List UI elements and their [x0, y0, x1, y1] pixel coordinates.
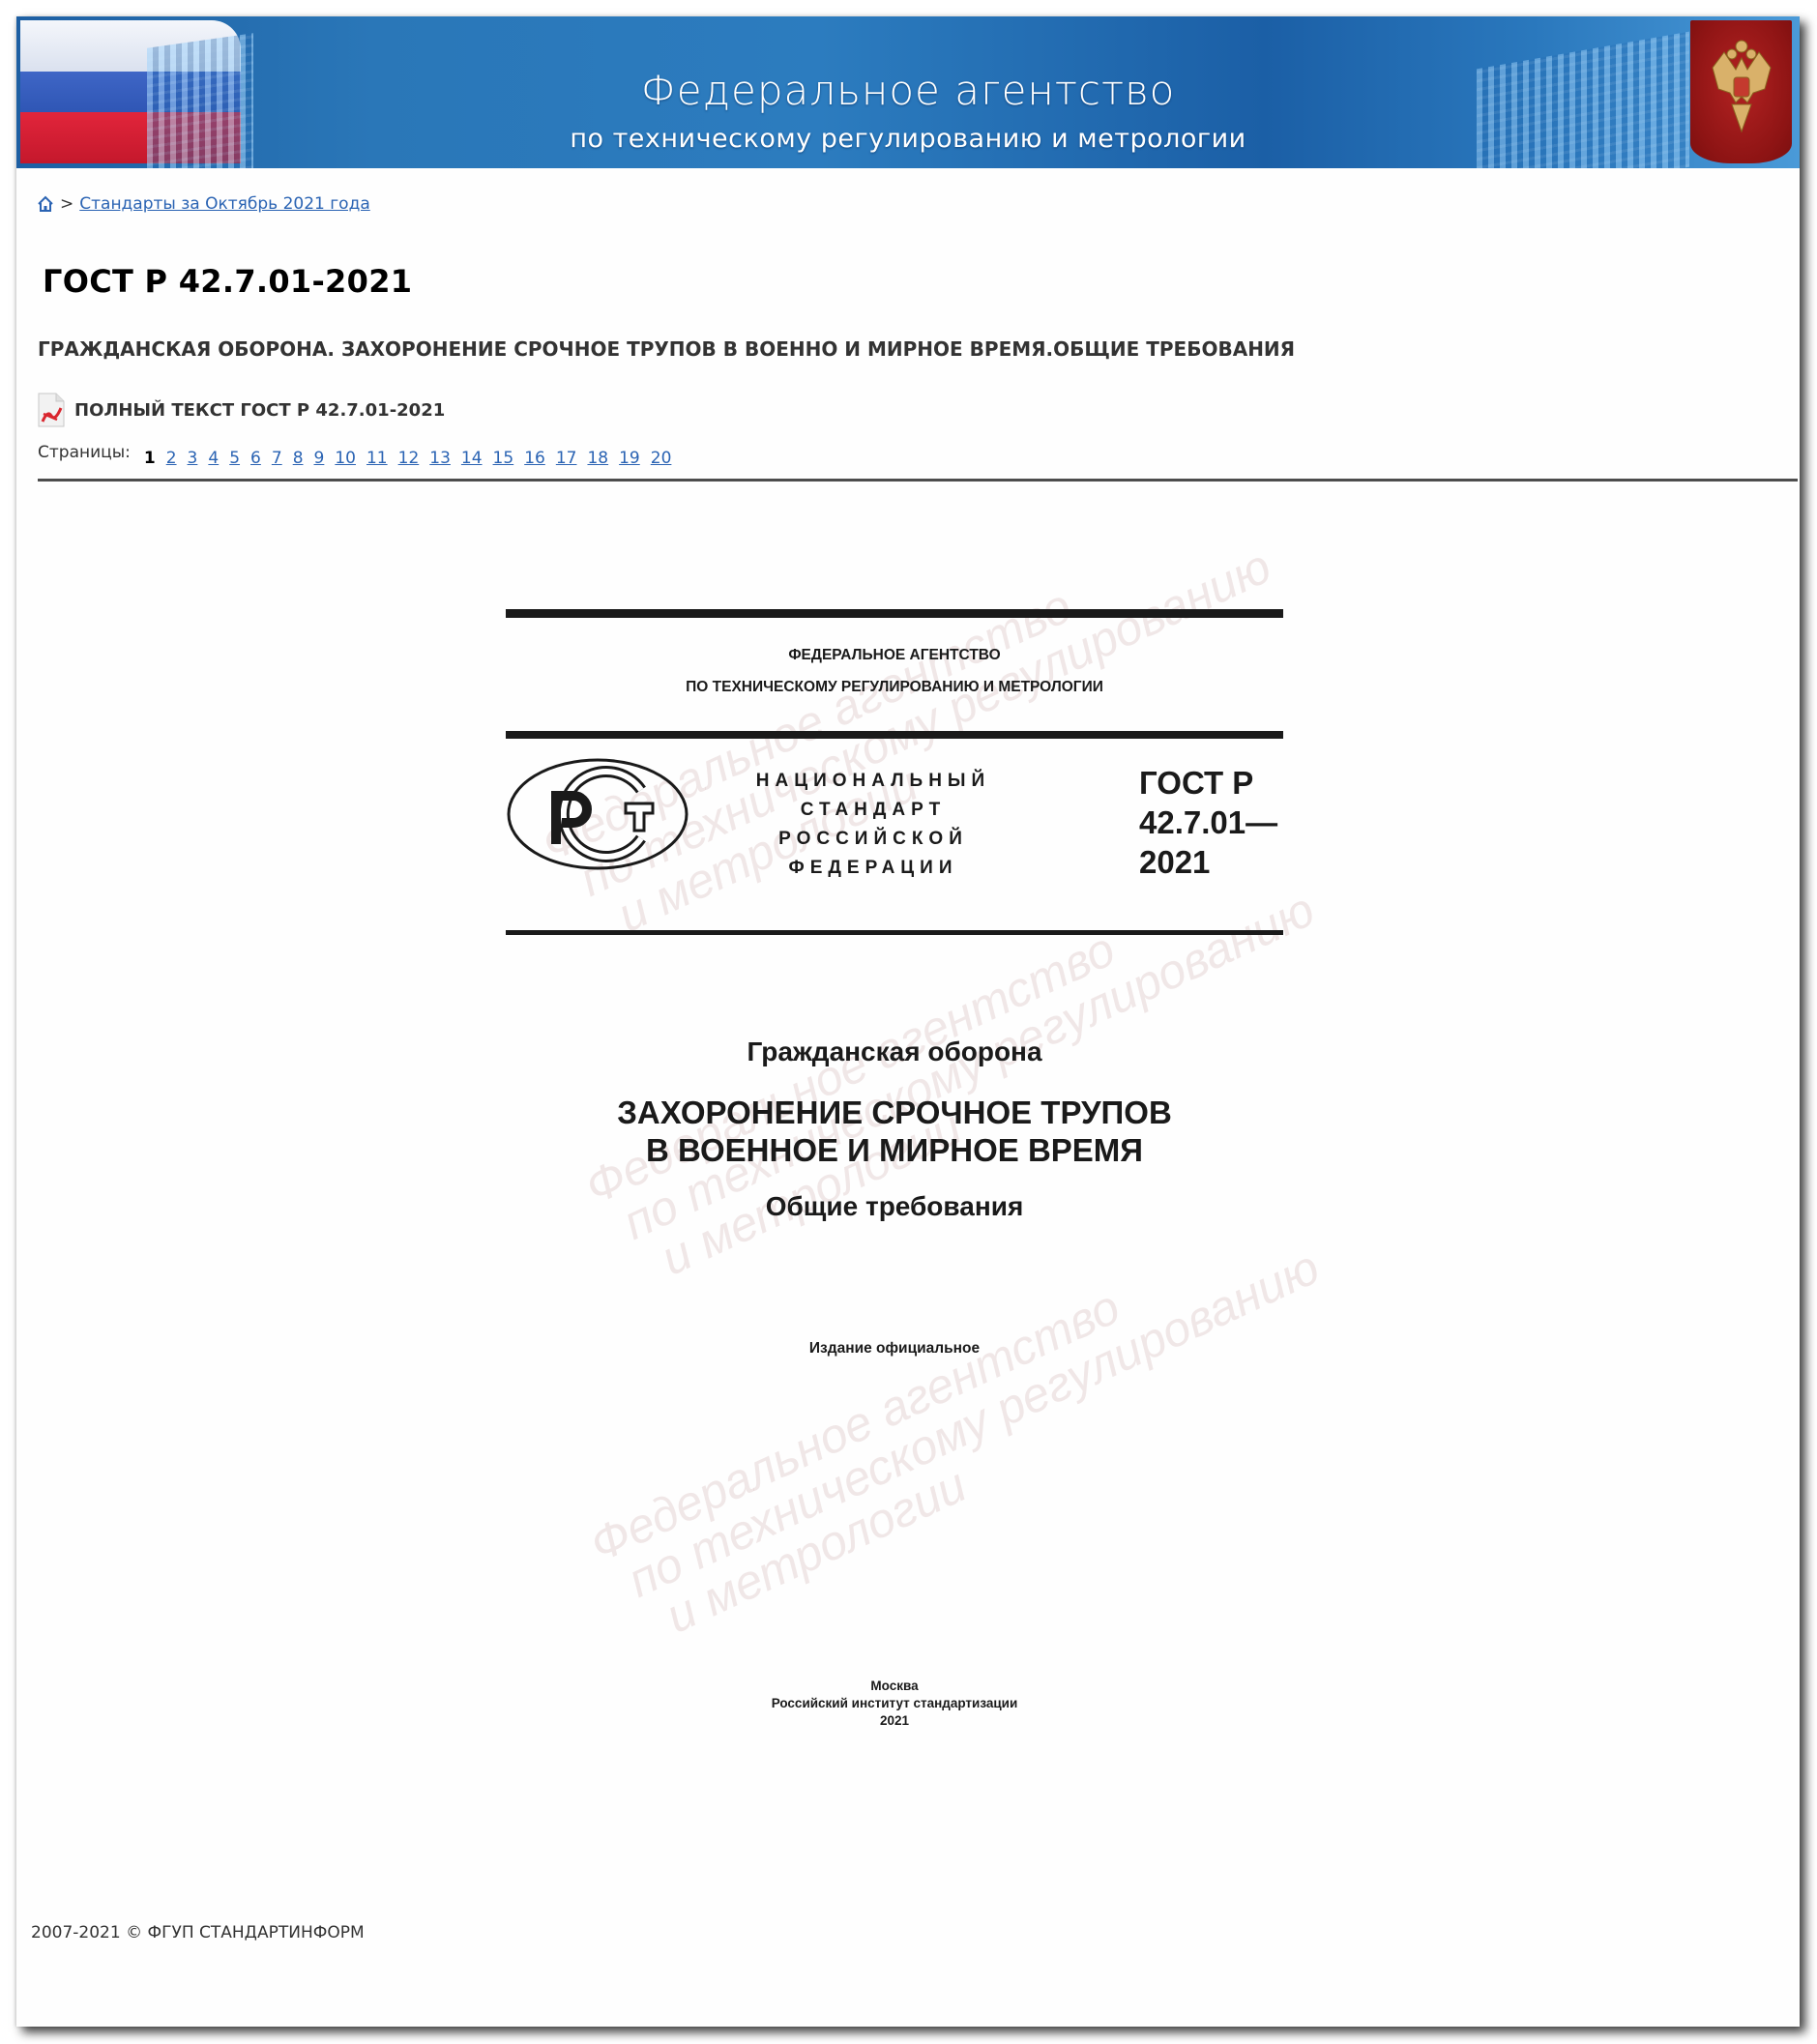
page-link-16[interactable]: 16: [524, 449, 545, 468]
page-link-1: 1: [144, 449, 156, 468]
header-banner: Федеральное агентство по техническому ре…: [16, 16, 1800, 168]
cover-title-line1: Гражданская оборона: [506, 1037, 1283, 1067]
page-link-5[interactable]: 5: [229, 449, 240, 468]
cover-edition: Издание официальное: [506, 1340, 1283, 1358]
page-link-11[interactable]: 11: [366, 449, 388, 468]
page-link-3[interactable]: 3: [188, 449, 198, 468]
pdf-icon: [38, 393, 65, 427]
cover-agency-line2: ПО ТЕХНИЧЕСКОМУ РЕГУЛИРОВАНИЮ И МЕТРОЛОГ…: [506, 679, 1283, 696]
document-page-image: Федеральное агентствопо техническому рег…: [506, 593, 1283, 1801]
page-link-20[interactable]: 20: [651, 449, 672, 468]
watermark: Федеральное агентствопо техническому рег…: [583, 1198, 1346, 1656]
page-link-19[interactable]: 19: [619, 449, 640, 468]
page-frame: Федеральное агентство по техническому ре…: [16, 16, 1800, 2027]
cover-title-line2: ЗАХОРОНЕНИЕ СРОЧНОЕ ТРУПОВ В ВОЕННОЕ И М…: [506, 1094, 1283, 1169]
watermark: Федеральное агентствопо техническому рег…: [578, 840, 1341, 1299]
page-link-10[interactable]: 10: [335, 449, 356, 468]
pagination-label: Страницы:: [38, 443, 131, 462]
home-icon[interactable]: [37, 195, 54, 213]
page-link-7[interactable]: 7: [272, 449, 282, 468]
page-link-2[interactable]: 2: [166, 449, 177, 468]
banner-title: Федеральное агентство: [16, 67, 1800, 114]
national-standard-label: НАЦИОНАЛЬНЫЙ СТАНДАРТ РОССИЙСКОЙ ФЕДЕРАЦ…: [738, 767, 1009, 883]
breadcrumb-link-standards-october-2021[interactable]: Стандарты за Октябрь 2021 года: [79, 194, 370, 214]
cover-imprint: Москва Российский институт стандартизаци…: [506, 1678, 1283, 1730]
page-link-17[interactable]: 17: [556, 449, 577, 468]
coat-of-arms-icon: [1690, 20, 1792, 163]
cover-agency-line1: ФЕДЕРАЛЬНОЕ АГЕНТСТВО: [506, 647, 1283, 664]
cover-rule-bottom: [506, 930, 1283, 935]
page-link-13[interactable]: 13: [429, 449, 451, 468]
page-link-18[interactable]: 18: [587, 449, 608, 468]
footer-copyright: 2007-2021 © ФГУП СТАНДАРТИНФОРМ: [31, 1923, 365, 1942]
page-link-6[interactable]: 6: [250, 449, 261, 468]
fulltext-link[interactable]: ПОЛНЫЙ ТЕКСТ ГОСТ Р 42.7.01-2021: [38, 393, 445, 427]
page-title: ГОСТ Р 42.7.01-2021: [43, 263, 412, 300]
page-link-15[interactable]: 15: [493, 449, 514, 468]
page-link-9[interactable]: 9: [314, 449, 325, 468]
fulltext-link-label: ПОЛНЫЙ ТЕКСТ ГОСТ Р 42.7.01-2021: [74, 400, 445, 421]
cover-gost-number: ГОСТ Р 42.7.01— 2021: [1139, 763, 1277, 882]
page-link-4[interactable]: 4: [208, 449, 219, 468]
divider: [38, 479, 1798, 482]
cover-rule-middle: [506, 731, 1283, 739]
cover-rule-top: [506, 609, 1283, 618]
watermark: Федеральное агентствопо техническому рег…: [535, 497, 1298, 955]
breadcrumb-separator: >: [60, 194, 73, 214]
document-subtitle: ГРАЖДАНСКАЯ ОБОРОНА. ЗАХОРОНЕНИЕ СРОЧНОЕ…: [38, 337, 1295, 361]
page-link-8[interactable]: 8: [293, 449, 304, 468]
breadcrumb: > Стандарты за Октябрь 2021 года: [37, 194, 370, 214]
rst-logo-icon: [506, 757, 689, 871]
banner-subtitle: по техническому регулированию и метролог…: [16, 124, 1800, 154]
page-link-14[interactable]: 14: [461, 449, 483, 468]
page-link-12[interactable]: 12: [398, 449, 420, 468]
pagination: Страницы: 1 2 3 4 5 6 7 8 9 10 11 12 13 …: [38, 443, 682, 468]
cover-title-line3: Общие требования: [506, 1191, 1283, 1222]
